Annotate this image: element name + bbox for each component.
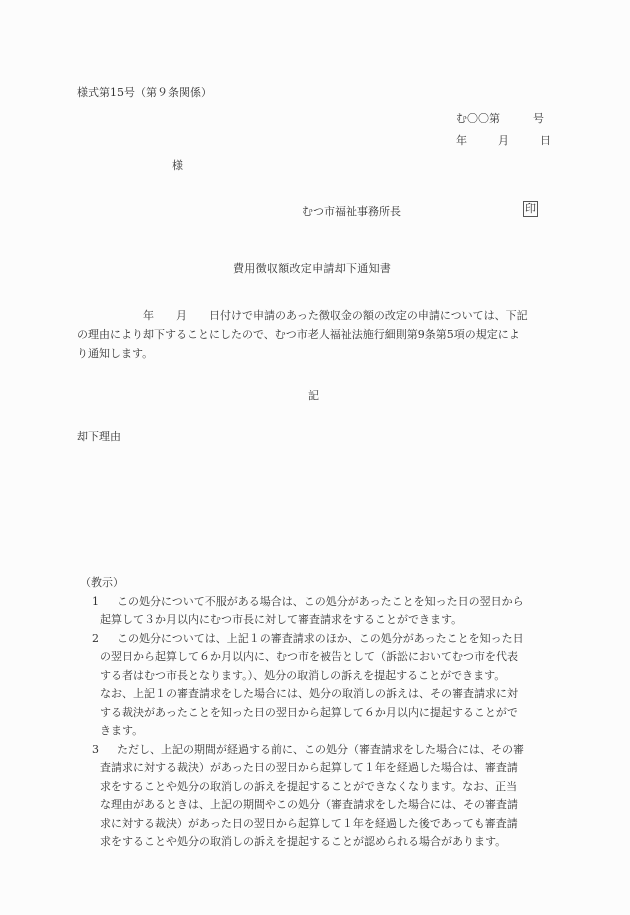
instruction-line: 査請求に対する裁決）があった日の翌日から起算して１年を経過した場合は、審査請 <box>80 759 560 778</box>
instructions-heading: （教示） <box>80 574 560 593</box>
instruction-line: この処分については、上記１の審査請求のほか、この処分があったことを知った日 <box>117 632 524 645</box>
date-year-label: 年 <box>456 132 467 148</box>
instructions-section: （教示） 1この処分について不服がある場合は、この処分があったことを知った日の翌… <box>80 574 560 852</box>
date-month-label: 月 <box>498 132 509 148</box>
ki-heading: 記 <box>308 387 319 403</box>
document-number-prefix: む〇〇第 <box>456 110 500 126</box>
notice-body: 年 月 日付けで申請のあった徴収金の額の改定の申請については、下記 の理由により… <box>77 306 551 363</box>
instruction-line: 求をすることや処分の取消しの訴えを提起することができなくなります。なお、正当 <box>80 778 560 797</box>
instruction-line: きます。 <box>80 722 560 741</box>
form-number: 様式第15号（第９条関係） <box>77 84 212 100</box>
instruction-line: する者はむつ市長となります。）、処分の取消しの訴えを提起することができます。 <box>80 667 560 686</box>
instruction-line: の翌日から起算して６か月以内に、むつ市を被告として（訴訟においてむつ市を代表 <box>80 648 560 667</box>
issue-date: 年月日 <box>456 132 551 148</box>
issuer-name: むつ市福祉事務所長 <box>302 203 401 219</box>
instruction-line: この処分について不服がある場合は、この処分があったことを知った日の翌日から <box>117 595 524 608</box>
instruction-line: な理由があるときは、上記の期間やこの処分（審査請求をした場合には、その審査請 <box>80 796 560 815</box>
instruction-line: なお、上記１の審査請求をした場合には、処分の取消しの訴えは、その審査請求に対 <box>80 685 560 704</box>
instruction-line: 起算して３か月以内にむつ市長に対して審査請求をすることができます。 <box>80 611 560 630</box>
instruction-item-1: 1この処分について不服がある場合は、この処分があったことを知った日の翌日から <box>80 593 560 612</box>
instruction-line: 求をすることや処分の取消しの訴えを提起することが認められる場合があります。 <box>80 833 560 852</box>
recipient-honorific: 様 <box>172 157 183 173</box>
instruction-number: 2 <box>92 630 117 649</box>
notice-body-line: 年 月 日付けで申請のあった徴収金の額の改定の申請については、下記 <box>77 306 551 325</box>
instruction-line: 求に対する裁決）があった日の翌日から起算して１年を経過した後であっても審査請 <box>80 815 560 834</box>
instruction-number: 3 <box>92 741 117 760</box>
document-title: 費用徴収額改定申請却下通知書 <box>233 260 391 276</box>
notice-body-line: の理由により却下することにしたので、むつ市老人福祉法施行細則第9条第5項の規定に… <box>77 325 551 344</box>
document-number: む〇〇第号 <box>456 110 544 126</box>
instruction-line: する裁決があったことを知った日の翌日から起算して６か月以内に提起することがで <box>80 704 560 723</box>
instruction-item-3: 3ただし、上記の期間が経過する前に、この処分（審査請求をした場合には、その審 <box>80 741 560 760</box>
notice-body-line: り通知します。 <box>77 344 551 363</box>
document-number-suffix: 号 <box>533 110 544 126</box>
seal-icon: 印 <box>523 201 538 217</box>
instruction-number: 1 <box>92 593 117 612</box>
date-day-label: 日 <box>540 132 551 148</box>
instruction-line: ただし、上記の期間が経過する前に、この処分（審査請求をした場合には、その審 <box>117 743 524 756</box>
instruction-item-2: 2この処分については、上記１の審査請求のほか、この処分があったことを知った日 <box>80 630 560 649</box>
rejection-reason-label: 却下理由 <box>77 428 121 444</box>
